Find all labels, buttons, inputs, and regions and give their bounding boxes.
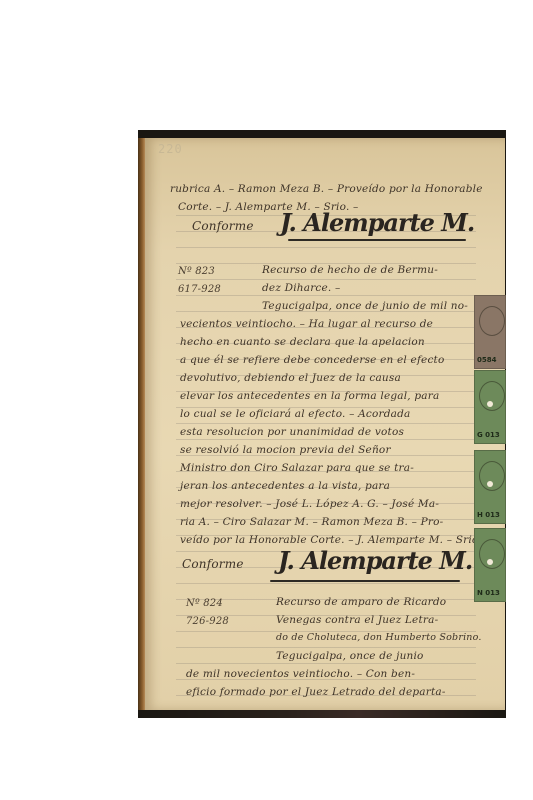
body-line: Tegucigalpa, once de junio de mil no- bbox=[262, 300, 468, 312]
body-line: vecientos veintiocho. – Ha lugar al recu… bbox=[180, 318, 433, 330]
entry-title-line: dez Diharce. – bbox=[262, 282, 340, 294]
body-line: a que él se refiere debe concederse en e… bbox=[180, 354, 444, 366]
body-line: devolutivo, debiendo el Juez de la causa bbox=[180, 372, 401, 384]
body-line: mejor resolver. – José L. López A. G. – … bbox=[180, 498, 439, 510]
entry-reference: 726-928 bbox=[186, 616, 229, 627]
body-line: Tegucigalpa, once de junio bbox=[276, 650, 424, 662]
coat-of-arms-icon bbox=[479, 539, 505, 569]
page-bottom-edge bbox=[138, 710, 506, 718]
signature-underline bbox=[288, 239, 466, 241]
coat-of-arms-icon bbox=[479, 306, 505, 336]
revenue-stamp: G 013 bbox=[474, 370, 506, 444]
body-line: jeran los antecedentes a la vista, para bbox=[180, 480, 390, 492]
conforme-label: Conforme bbox=[182, 557, 244, 571]
signature-underline bbox=[270, 580, 460, 582]
entry-reference: 617-928 bbox=[178, 284, 221, 295]
coat-of-arms-icon bbox=[479, 461, 505, 491]
entry-number: Nº 824 bbox=[186, 598, 223, 609]
revenue-stamp: H 013 bbox=[474, 450, 506, 524]
entry-title-line: Recurso de hecho de de Bermu- bbox=[262, 264, 438, 276]
body-line: Ministro don Ciro Salazar para que se tr… bbox=[180, 462, 414, 474]
body-line: se resolvió la mocion previa del Señor bbox=[180, 444, 391, 456]
perforation-hole bbox=[487, 401, 493, 407]
signature: J. Alemparte M. bbox=[280, 208, 474, 237]
entry-number: Nº 823 bbox=[178, 266, 215, 277]
continuation-line-1: rubrica A. – Ramon Meza B. – Proveído po… bbox=[170, 183, 483, 195]
body-line: de mil novecientos veintiocho. – Con ben… bbox=[186, 668, 415, 680]
body-line: lo cual se le oficiará al efecto. – Acor… bbox=[180, 408, 410, 420]
perforation-hole bbox=[487, 559, 493, 565]
revenue-stamp: 0584 bbox=[474, 295, 506, 369]
entry-title-line: do de Choluteca, don Humberto Sobrino. bbox=[276, 632, 482, 643]
body-line: eficio formado por el Juez Letrado del d… bbox=[186, 686, 446, 698]
entry-title-line: Venegas contra el Juez Letra- bbox=[276, 614, 438, 626]
body-line: esta resolucion por unanimidad de votos bbox=[180, 426, 404, 438]
coat-of-arms-icon bbox=[479, 381, 505, 411]
page-number: 220 bbox=[158, 142, 183, 156]
body-line: hecho en cuanto se declara que la apelac… bbox=[180, 336, 425, 348]
body-line: elevar los antecedentes en la forma lega… bbox=[180, 390, 439, 402]
revenue-stamp: N 013 bbox=[474, 528, 506, 602]
perforation-hole bbox=[487, 481, 493, 487]
signature: J. Alemparte M. bbox=[278, 546, 472, 575]
conforme-label: Conforme bbox=[192, 219, 254, 233]
body-line: veído por la Honorable Corte. – J. Alemp… bbox=[180, 534, 482, 546]
body-line: ria A. – Ciro Salazar M. – Ramon Meza B.… bbox=[180, 516, 443, 528]
book-binding-edge bbox=[138, 138, 145, 713]
entry-title-line: Recurso de amparo de Ricardo bbox=[276, 596, 446, 608]
